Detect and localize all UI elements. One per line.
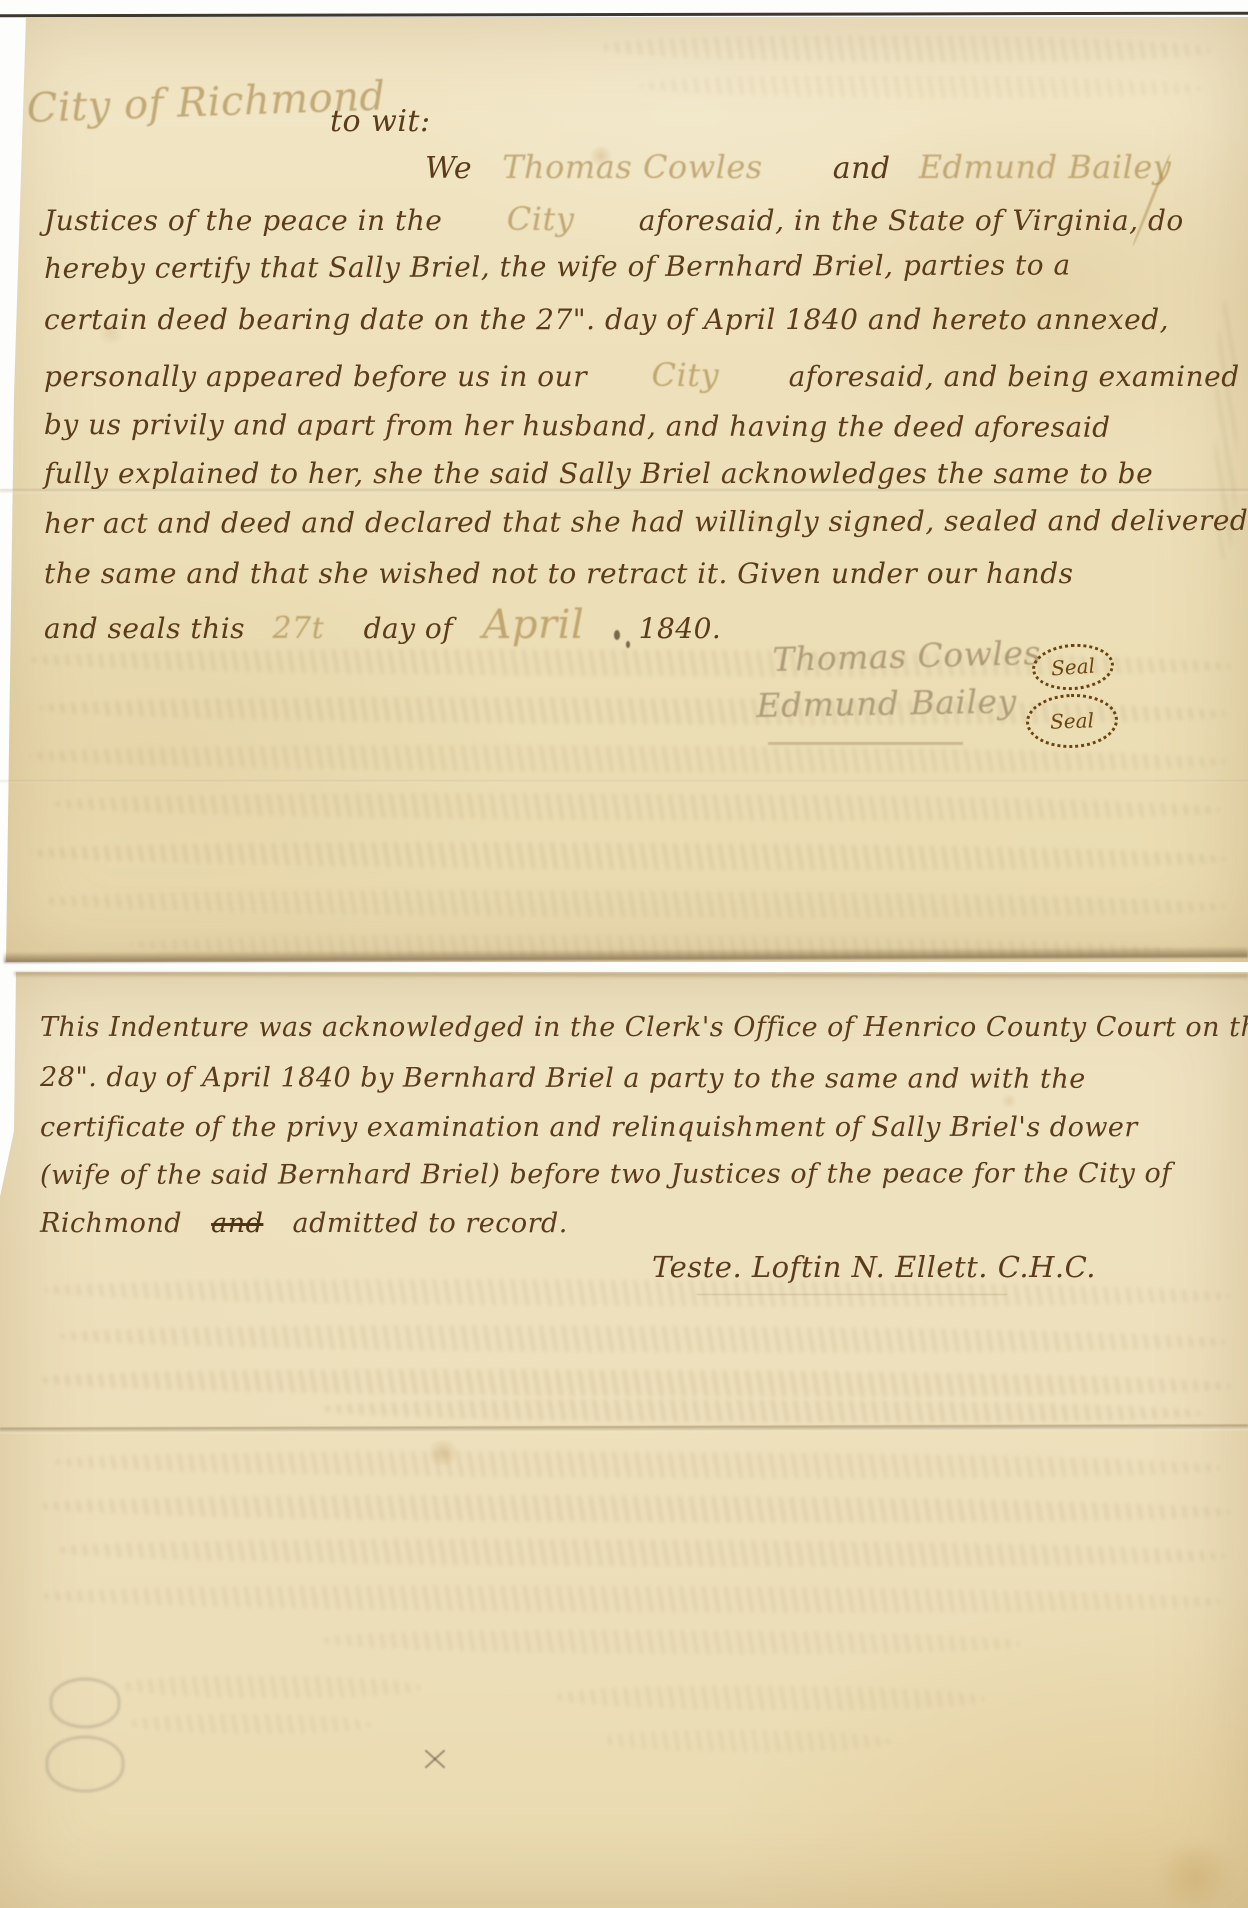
seal-label: Seal <box>1050 654 1095 681</box>
struck-word: and <box>211 1208 263 1239</box>
line-text: Justices of the peace in the <box>44 204 442 237</box>
certificate-line-9: and seals this 27t day of April 1840. <box>44 602 721 648</box>
year-text: 1840. <box>639 612 722 645</box>
certificate-line-3: certain deed bearing date on the 27". da… <box>44 303 1169 336</box>
stamp-impression-2 <box>46 1736 124 1792</box>
certificate-line-7: her act and deed and declared that she h… <box>44 504 1248 540</box>
to-wit-label: to wit: <box>330 104 431 139</box>
day-word: 27t <box>272 611 324 646</box>
month-word: April <box>483 602 585 648</box>
line-text: and seals this <box>44 612 245 645</box>
justice-name-1: Thomas Cowles <box>502 148 762 186</box>
line-text: day of <box>364 612 454 645</box>
signature-underline <box>768 742 963 745</box>
teste-line: Teste. Loftin N. Ellett. C.H.C. <box>652 1250 1096 1284</box>
line-text: aforesaid, and being examined <box>789 360 1240 393</box>
opening-and: and <box>833 151 891 186</box>
paper-stain <box>1150 1846 1240 1906</box>
scan-edge-line <box>0 12 1248 18</box>
line-text: personally appeared before us in our <box>44 360 587 393</box>
x-mark <box>422 1748 448 1770</box>
stamp-impression-1 <box>50 1678 120 1728</box>
line-text: admitted to record. <box>292 1208 567 1239</box>
city-word: City <box>507 200 575 238</box>
scanned-document-page: City of Richmond to wit: We Thomas Cowle… <box>0 0 1248 1908</box>
certificate-line-2: hereby certify that Sally Briel, the wif… <box>44 248 1071 285</box>
paper-stain <box>1000 1094 1018 1108</box>
clerk-line-3: certificate of the privy examination and… <box>40 1112 1138 1143</box>
line-text: Richmond <box>40 1208 182 1239</box>
certificate-line-1: Justices of the peace in the City afores… <box>44 200 1184 238</box>
clerk-line-1: This Indenture was acknowledged in the C… <box>40 1012 1248 1043</box>
city-word: City <box>652 356 720 394</box>
line-text: aforesaid, in the State of Virginia, do <box>639 204 1184 237</box>
opening-we: We <box>425 151 472 186</box>
certificate-line-4: personally appeared before us in our Cit… <box>44 356 1240 394</box>
fold-crease-2 <box>0 780 1248 783</box>
opening-line: We Thomas Cowles and Edmund Bailey <box>425 148 1171 186</box>
clerk-line-5: Richmond and admitted to record. <box>40 1208 568 1239</box>
teste-underline <box>697 1294 1007 1295</box>
paper-stain <box>426 1440 460 1466</box>
signature-edmund-bailey: Edmund Bailey <box>756 681 1017 725</box>
seal-label: Seal <box>1050 708 1095 734</box>
certificate-line-8: the same and that she wished not to retr… <box>44 557 1074 590</box>
justice-name-2: Edmund Bailey <box>919 148 1172 186</box>
clerk-line-4: (wife of the said Bernhard Briel) before… <box>40 1158 1172 1191</box>
certificate-line-5: by us privily and apart from her husband… <box>44 408 1111 444</box>
signature-thomas-cowles: Thomas Cowles <box>772 633 1041 679</box>
certificate-line-6: fully explained to her, she the said Sal… <box>44 457 1153 490</box>
clerk-line-2: 28". day of April 1840 by Bernhard Briel… <box>40 1062 1086 1095</box>
